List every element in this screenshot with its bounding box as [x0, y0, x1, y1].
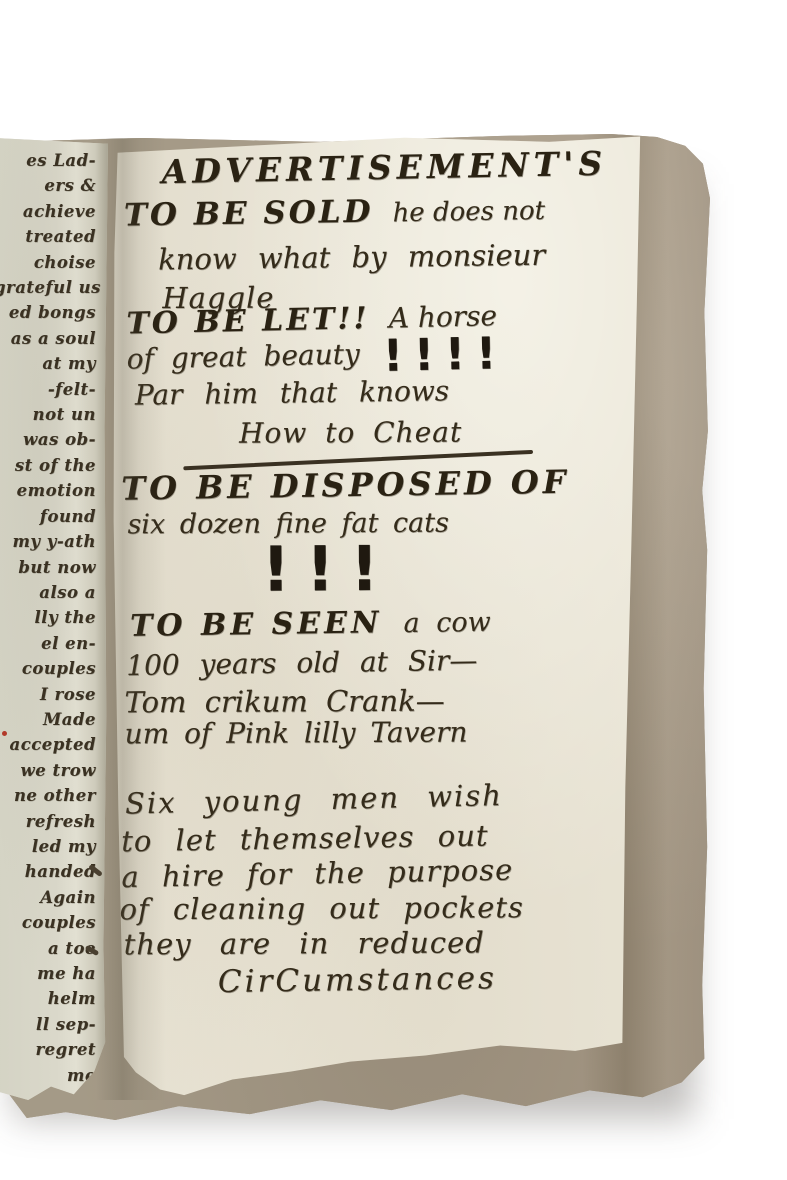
ad-sold-line2: know what by monsieur	[158, 238, 545, 277]
ad-seen-line3: Tom crikum Crank—	[124, 684, 444, 720]
left-page-line: I rose	[0, 682, 96, 707]
ad-seen-line4: um of Pink lilly Tavern	[125, 716, 468, 751]
left-page-line: achieve	[0, 199, 96, 224]
ad-seen-line2: 100 years old at Sir—	[126, 644, 478, 683]
left-page-line: led my	[0, 834, 96, 859]
ad-seen-line1: TO BE SEEN a cow	[130, 604, 491, 644]
left-page-line: es Lad-	[0, 148, 96, 173]
ad-seen-rest: a cow	[403, 607, 491, 639]
page-title: ADVERTISEMENT'S	[161, 144, 607, 192]
left-page-line: regret	[0, 1037, 96, 1062]
ad-seen-lead: TO BE SEEN	[130, 605, 383, 644]
left-page-line: me ha	[0, 961, 96, 986]
ad-sold-rest: he does not	[392, 196, 545, 228]
left-page-line: ers &	[0, 173, 96, 198]
manuscript-page: ADVERTISEMENT'S TO BE SOLD he does not k…	[109, 135, 650, 1098]
left-page-line: couples	[0, 910, 96, 935]
photograph: es Lad- ers & achieve treated choise gra…	[0, 0, 787, 1180]
left-page-line: refresh	[0, 809, 96, 834]
left-page-line: choise	[0, 250, 96, 275]
left-page-line: was ob-	[0, 427, 96, 452]
ad-let-line3: Par him that knows	[135, 374, 450, 411]
left-page-line: at my	[0, 351, 96, 376]
ad-men-line4: of cleaning out pockets	[119, 890, 524, 926]
ad-disposed-line1: TO BE DISPOSED OF	[121, 463, 570, 508]
ad-men-line2: to let themselves out	[121, 819, 489, 859]
ad-men-line6: CirCumstances	[218, 960, 497, 1000]
left-page-line: couples	[0, 656, 96, 681]
ad-men-line1: Six young men wish	[125, 778, 504, 821]
left-page-line: as a soul	[0, 326, 96, 351]
left-page-line: we trow	[0, 758, 96, 783]
left-page-line: accepted	[0, 732, 96, 757]
ad-sold-lead: TO BE SOLD	[124, 194, 374, 234]
left-page-line: treated	[0, 224, 96, 249]
left-page-line: helm	[0, 986, 96, 1011]
left-page-line: my y-ath	[0, 529, 96, 554]
left-page-line: also a	[0, 580, 96, 605]
ad-men-line3: a hire for the purpose	[121, 853, 513, 895]
ad-let-line2-text: of great beauty	[126, 337, 360, 375]
left-page-line: grateful us	[0, 275, 96, 300]
left-page-line: el en-	[0, 631, 96, 656]
left-page-line: not un	[0, 402, 96, 427]
left-page-line: ed bongs	[0, 300, 96, 325]
left-page-line: found	[0, 504, 96, 529]
red-speck	[2, 731, 7, 736]
left-page-line: Made	[0, 707, 96, 732]
left-page-line: emotion	[0, 478, 96, 503]
left-page-line: ne other	[0, 783, 96, 808]
ad-let-line4: How to Cheat	[239, 416, 462, 450]
ad-men-line5: they are in reduced	[124, 925, 485, 961]
left-page-line: but now	[0, 555, 96, 580]
left-page-line: lly the	[0, 605, 96, 630]
left-page-line: ll sep-	[0, 1012, 96, 1037]
left-page-line: handed	[0, 859, 96, 884]
left-page-edge: es Lad- ers & achieve treated choise gra…	[0, 138, 108, 1100]
left-page-line: Again	[0, 885, 96, 910]
ad-disposed-exclamations: !!!	[262, 532, 395, 606]
left-page-line: a toe	[0, 936, 96, 961]
left-page-line: st of the	[0, 453, 96, 478]
ad-sold-line1: TO BE SOLD he does not	[124, 191, 546, 234]
left-page-line: -felt-	[0, 377, 96, 402]
left-page-line: me	[0, 1063, 96, 1088]
